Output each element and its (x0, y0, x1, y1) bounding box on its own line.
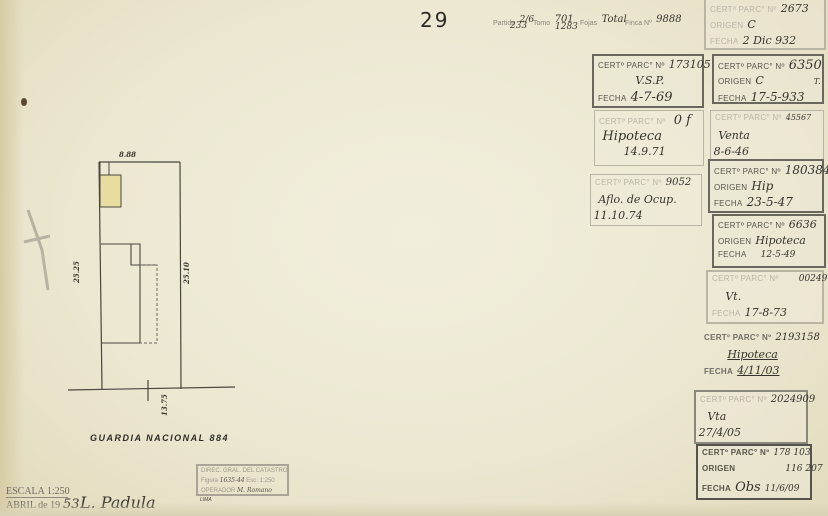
date-year: 53 (63, 497, 80, 512)
catastro-note: LIMA (200, 497, 212, 503)
operador-value: M. Romano (237, 487, 272, 494)
figura-value: 1635-44 (220, 477, 245, 484)
scale-underline (6, 497, 68, 498)
building-footprint (101, 244, 157, 343)
building-dashed-extension (140, 265, 157, 343)
street-name: GUARDIA NACIONAL 884 (90, 433, 229, 443)
figura-label: Figura (201, 478, 218, 484)
cadastral-plan-sheet: 29 Partida 2/6 233 Tomo 701 1283 Fojas T… (0, 0, 828, 516)
scale-label: ESCALA 1:250 (6, 486, 70, 497)
operador-label: OPERADOR (201, 488, 235, 494)
ink-smudge (24, 210, 50, 290)
catastro-stamp: DIREC. GRAL. DEL CATASTRO Figura 1635-44… (196, 464, 289, 496)
catastro-title: DIREC. GRAL. DEL CATASTRO (201, 467, 284, 476)
right-depth-label: 25.10 (182, 262, 191, 284)
front-width-label: 8.88 (119, 150, 136, 159)
annex-outline (100, 162, 109, 176)
street-offset-label: 13.75 (160, 394, 169, 416)
lot-outline (68, 162, 235, 401)
esc-label: Esc. 1:250 (246, 478, 274, 484)
date-prefix: ABRIL de 19 (6, 500, 60, 511)
left-depth-label: 25.25 (72, 261, 81, 283)
signature: L. Padula (80, 493, 156, 512)
annex-colored (100, 175, 121, 207)
